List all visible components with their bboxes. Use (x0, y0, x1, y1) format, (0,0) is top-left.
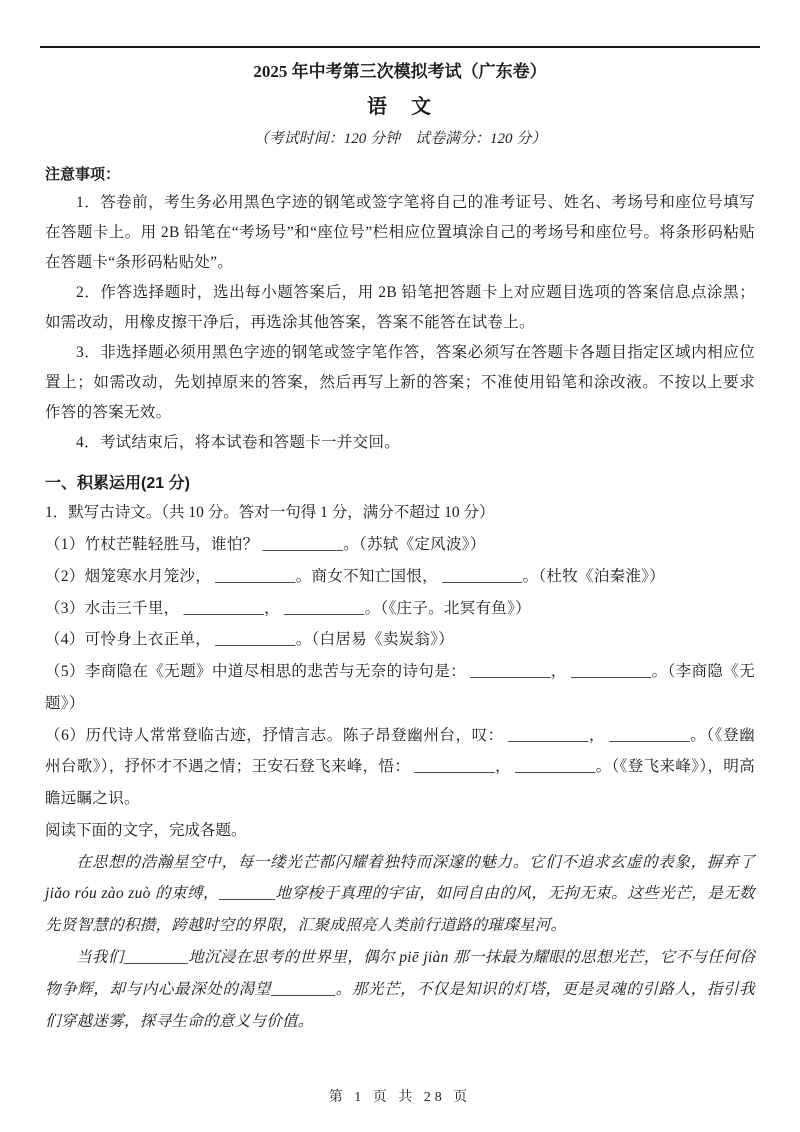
exam-title: 2025 年中考第三次模拟考试（广东卷） (45, 59, 755, 85)
reading-task-lead: 阅读下面的文字，完成各题。 (45, 815, 755, 847)
dictation-item-1: （1）竹杖芒鞋轻胜马，谁怕？ __________。（苏轼《定风波》） (45, 529, 755, 561)
dictation-item-4: （4）可怜身上衣正单， __________。（白居易《卖炭翁》） (45, 624, 755, 656)
dictation-item-6: （6）历代诗人常常登临古迹，抒情言志。陈子昂登幽州台，叹： __________… (45, 720, 755, 815)
section-one-heading: 一、积累运用(21 分) (45, 470, 755, 497)
notice-item-4: 4．考试结束后，将本试卷和答题卡一并交回。 (45, 428, 755, 458)
passage-paragraph-1: 在思想的浩瀚星空中，每一缕光芒都闪耀着独特而深邃的魅力。它们不追求玄虚的表象，摒… (45, 847, 755, 942)
notice-item-2: 2．作答选择题时，选出每小题答案后，用 2B 铅笔把答题卡上对应题目选项的答案信… (45, 278, 755, 338)
dictation-item-5: （5）李商隐在《无题》中道尽相思的悲苦与无奈的诗句是： __________， … (45, 656, 755, 720)
question-1-lead: 1．默写古诗文。（共 10 分。答对一句得 1 分，满分不超过 10 分） (45, 497, 755, 529)
notice-heading: 注意事项： (45, 162, 755, 188)
notice-item-3: 3．非选择题必须用黑色字迹的钢笔或签字笔作答，答案必须写在答题卡各题目指定区域内… (45, 338, 755, 428)
dictation-item-2: （2）烟笼寒水月笼沙， __________。商女不知亡国恨， ________… (45, 561, 755, 593)
notice-item-1: 1．答卷前，考生务必用黑色字迹的钢笔或签字笔将自己的准考证号、姓名、考场号和座位… (45, 188, 755, 278)
exam-page: 2025 年中考第三次模拟考试（广东卷） 语 文 （考试时间：120 分钟 试卷… (0, 59, 800, 1037)
dictation-item-3: （3）水击三千里， __________， __________。（《庄子。北冥… (45, 593, 755, 625)
header-divider (40, 46, 760, 48)
passage-paragraph-2: 当我们________地沉浸在思考的世界里，偶尔 piē jiàn 那一抹最为耀… (45, 942, 755, 1037)
page-number-footer: 第 1 页 共 28 页 (0, 1086, 800, 1106)
exam-subject: 语 文 (45, 92, 755, 122)
exam-time-score-info: （考试时间：120 分钟 试卷满分：120 分） (45, 128, 755, 151)
